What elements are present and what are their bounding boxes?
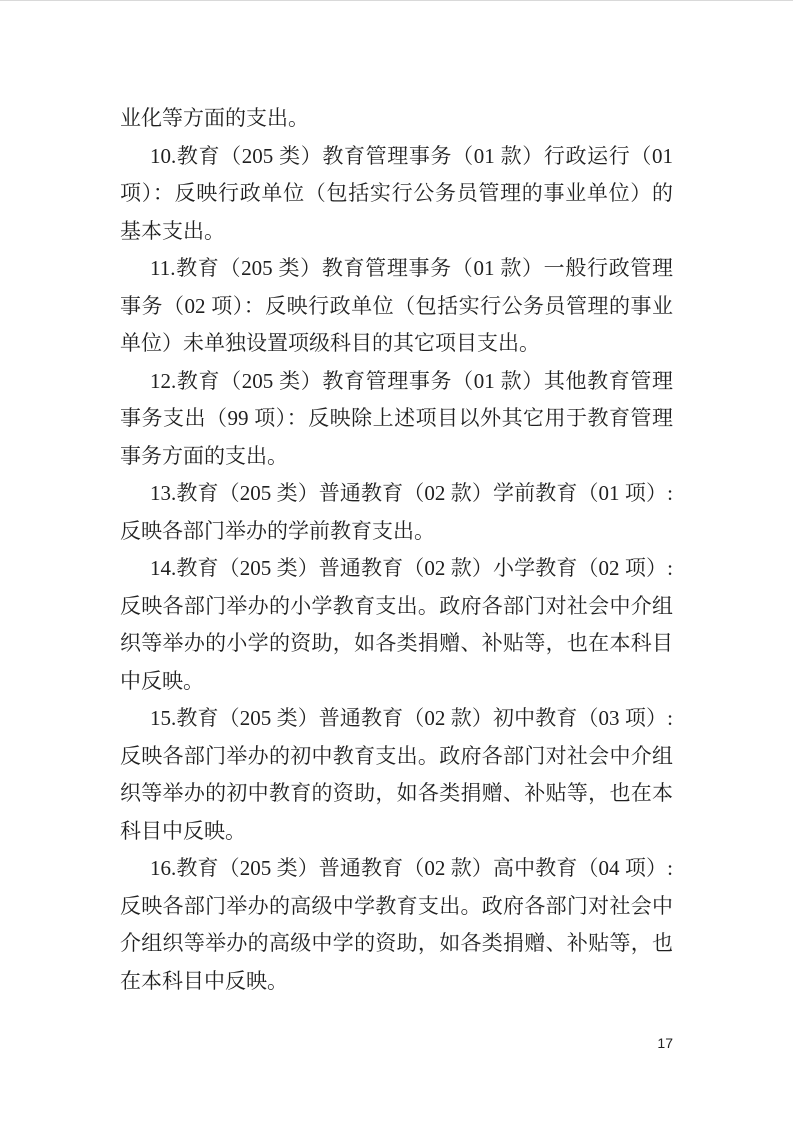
text-line: 事务支出（99 项）：反映除上述项目以外其它用于教育管理 — [120, 400, 673, 438]
text-line: 10.教育（205 类）教育管理事务（01 款）行政运行（01 — [120, 138, 673, 176]
page-number: 17 — [120, 1034, 673, 1052]
text-line: 13.教育（205 类）普通教育（02 款）学前教育（01 项）: — [120, 475, 673, 513]
text-line: 12.教育（205 类）教育管理事务（01 款）其他教育管理 — [120, 363, 673, 401]
document-body: 业化等方面的支出。10.教育（205 类）教育管理事务（01 款）行政运行（01… — [120, 100, 673, 1000]
text-line: 织等举办的小学的资助，如各类捐赠、补贴等，也在本科目 — [120, 625, 673, 663]
text-line: 事务方面的支出。 — [120, 438, 673, 476]
text-line: 11.教育（205 类）教育管理事务（01 款）一般行政管理 — [120, 250, 673, 288]
text-line: 反映各部门举办的学前教育支出。 — [120, 513, 673, 551]
document-page: 业化等方面的支出。10.教育（205 类）教育管理事务（01 款）行政运行（01… — [0, 0, 793, 1122]
text-line: 反映各部门举办的小学教育支出。政府各部门对社会中介组 — [120, 588, 673, 626]
page-top-edge — [0, 0, 793, 1]
text-line: 科目中反映。 — [120, 813, 673, 851]
text-line: 业化等方面的支出。 — [120, 100, 673, 138]
text-line: 反映各部门举办的初中教育支出。政府各部门对社会中介组 — [120, 738, 673, 776]
text-line: 在本科目中反映。 — [120, 963, 673, 1001]
text-line: 织等举办的初中教育的资助，如各类捐赠、补贴等，也在本 — [120, 775, 673, 813]
text-line: 15.教育（205 类）普通教育（02 款）初中教育（03 项）: — [120, 700, 673, 738]
text-line: 中反映。 — [120, 663, 673, 701]
text-line: 16.教育（205 类）普通教育（02 款）高中教育（04 项）: — [120, 850, 673, 888]
text-line: 项）：反映行政单位（包括实行公务员管理的事业单位）的 — [120, 175, 673, 213]
text-line: 反映各部门举办的高级中学教育支出。政府各部门对社会中 — [120, 888, 673, 926]
text-line: 介组织等举办的高级中学的资助，如各类捐赠、补贴等，也 — [120, 925, 673, 963]
text-line: 基本支出。 — [120, 213, 673, 251]
text-line: 事务（02 项）：反映行政单位（包括实行公务员管理的事业 — [120, 288, 673, 326]
text-line: 14.教育（205 类）普通教育（02 款）小学教育（02 项）: — [120, 550, 673, 588]
text-line: 单位）未单独设置项级科目的其它项目支出。 — [120, 325, 673, 363]
